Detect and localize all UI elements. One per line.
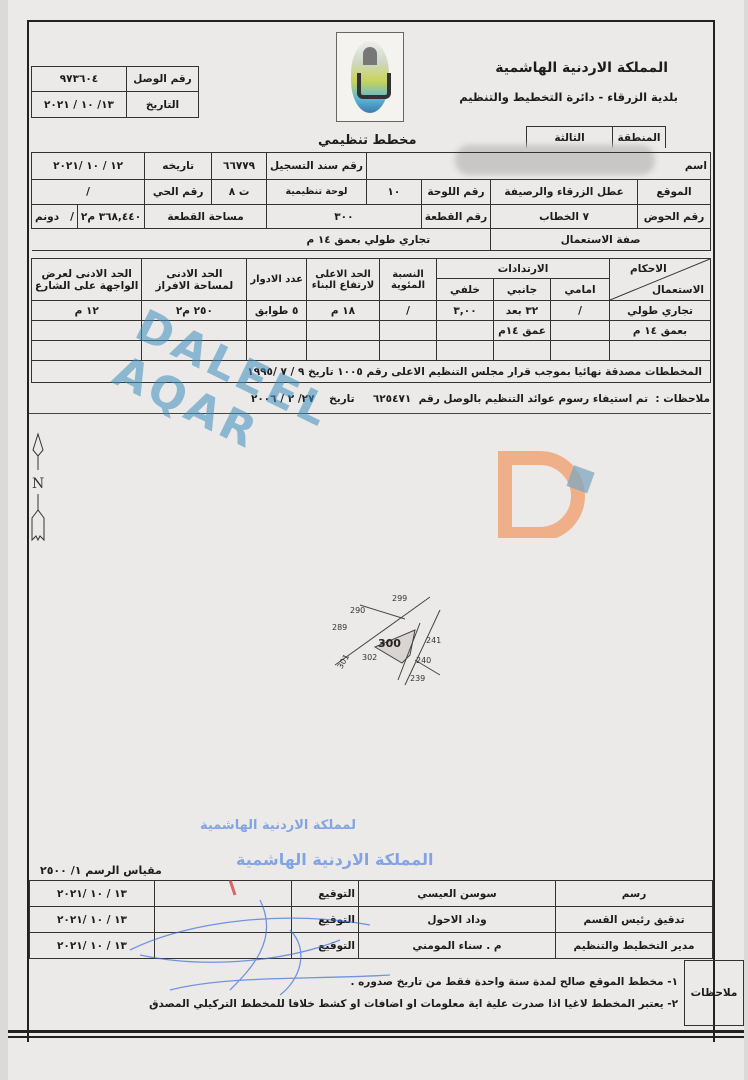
svg-text:290: 290 bbox=[350, 606, 365, 615]
receipt-table: رقم الوصل٩٧٣٦٠٤ التاريخ١٣/ ١٠ / ٢٠٢١ bbox=[31, 66, 199, 118]
receipt-number: ٩٧٣٦٠٤ bbox=[32, 67, 127, 92]
deed-label: رقم سند التسجيل bbox=[267, 153, 367, 180]
svg-text:241: 241 bbox=[426, 636, 441, 645]
stamp-text-top: لمملكة الاردنية الهاشمية bbox=[200, 818, 356, 833]
plan-sheet-value: ت ٨ bbox=[212, 180, 267, 205]
svg-text:289: 289 bbox=[332, 623, 347, 632]
svg-text:N: N bbox=[32, 476, 44, 492]
floors-header: عدد الادوار bbox=[247, 259, 307, 301]
basin-value: ٧ الخطاب bbox=[491, 205, 638, 229]
frame-bottom-line bbox=[8, 1030, 744, 1033]
max-height-header: الحد الاعلى لارتفاع البناء bbox=[307, 259, 380, 301]
setbacks-header: الارتدادات bbox=[437, 259, 610, 279]
plot-value: ٣٠٠ bbox=[267, 205, 422, 229]
svg-text:300: 300 bbox=[378, 637, 401, 650]
district-value: / bbox=[32, 180, 145, 205]
svg-text:299: 299 bbox=[392, 594, 407, 603]
owner-label: اسم bbox=[491, 153, 711, 180]
deed-date-label: تاريخه bbox=[145, 153, 212, 180]
usage-label: صفة الاستعمال bbox=[491, 229, 711, 251]
handwritten-signature bbox=[110, 880, 410, 1000]
plan-sheet-label: لوحة تنظيمية bbox=[267, 180, 367, 205]
deed-number: ٦٦٧٧٩ bbox=[212, 153, 267, 180]
footer-notes-label: ملاحظات bbox=[685, 961, 744, 1026]
frame-bottom-line-2 bbox=[8, 1036, 744, 1038]
site-value: عطل الزرقاء والرصيفة bbox=[491, 180, 638, 205]
svg-text:302: 302 bbox=[362, 653, 377, 662]
area-value: ٣٦٨,٤٤٠ م٢ bbox=[77, 205, 144, 229]
receipt-date: ١٣/ ١٠ / ٢٠٢١ bbox=[32, 92, 127, 118]
dunum-value: / دونم bbox=[32, 205, 78, 229]
plot-label: رقم القطعة bbox=[421, 205, 490, 229]
municipality-logo-icon bbox=[336, 32, 404, 122]
basin-label: رقم الحوض bbox=[638, 205, 711, 229]
department-title: بلدية الزرقاء - دائرة التخطيط والتنظيم bbox=[459, 90, 678, 104]
official-stamp: المملكة الاردنية الهاشمية bbox=[236, 850, 433, 869]
plot-info-table: اسم رقم سند التسجيل ٦٦٧٧٩ تاريخه ١٢ / ١٠… bbox=[31, 152, 711, 251]
side-header: جانبي bbox=[494, 279, 551, 301]
scale-label: مقياس الرسم ١/ ٢٥٠٠ bbox=[40, 864, 162, 877]
document-title: مخطط تنظيمي bbox=[318, 133, 417, 148]
deed-date: ١٢ / ١٠ /٢٠٢١ bbox=[32, 153, 145, 180]
min-frontage-header: الحد الادنى لعرض الواجهة على الشارع bbox=[32, 259, 142, 301]
sheet-value: ١٠ bbox=[366, 180, 421, 205]
percentage-header: النسبة المئوية bbox=[380, 259, 437, 301]
min-area-header: الحد الادنى لمساحة الافراز bbox=[142, 259, 247, 301]
sheet-label: رقم اللوحة bbox=[421, 180, 490, 205]
svg-text:239: 239 bbox=[410, 674, 425, 683]
country-title: المملكة الاردنية الهاشمية bbox=[495, 60, 668, 76]
area-label: مساحة القطعة bbox=[145, 205, 267, 229]
table-row: تجاري طولي/٣٢ بعد٣,٠٠/١٨ م٥ طوابق٢٥٠ م٢١… bbox=[32, 301, 711, 321]
site-plan-map: 299 290 289 300 302 301 241 240 239 bbox=[320, 585, 450, 695]
district-label: رقم الحي bbox=[145, 180, 212, 205]
north-arrow-icon: N bbox=[28, 432, 48, 544]
front-header: امامي bbox=[551, 279, 610, 301]
daleel-aqar-logo-icon bbox=[490, 438, 600, 538]
receipt-date-label: التاريخ bbox=[127, 92, 199, 118]
usage-value: تجاري طولي بعمق ١٤ م bbox=[32, 229, 491, 251]
receipt-number-label: رقم الوصل bbox=[127, 67, 199, 92]
rules-corner-cell: الاحكام الاستعمال bbox=[610, 259, 711, 301]
back-header: خلفي bbox=[437, 279, 494, 301]
site-label: الموقع bbox=[638, 180, 711, 205]
svg-text:240: 240 bbox=[416, 656, 431, 665]
